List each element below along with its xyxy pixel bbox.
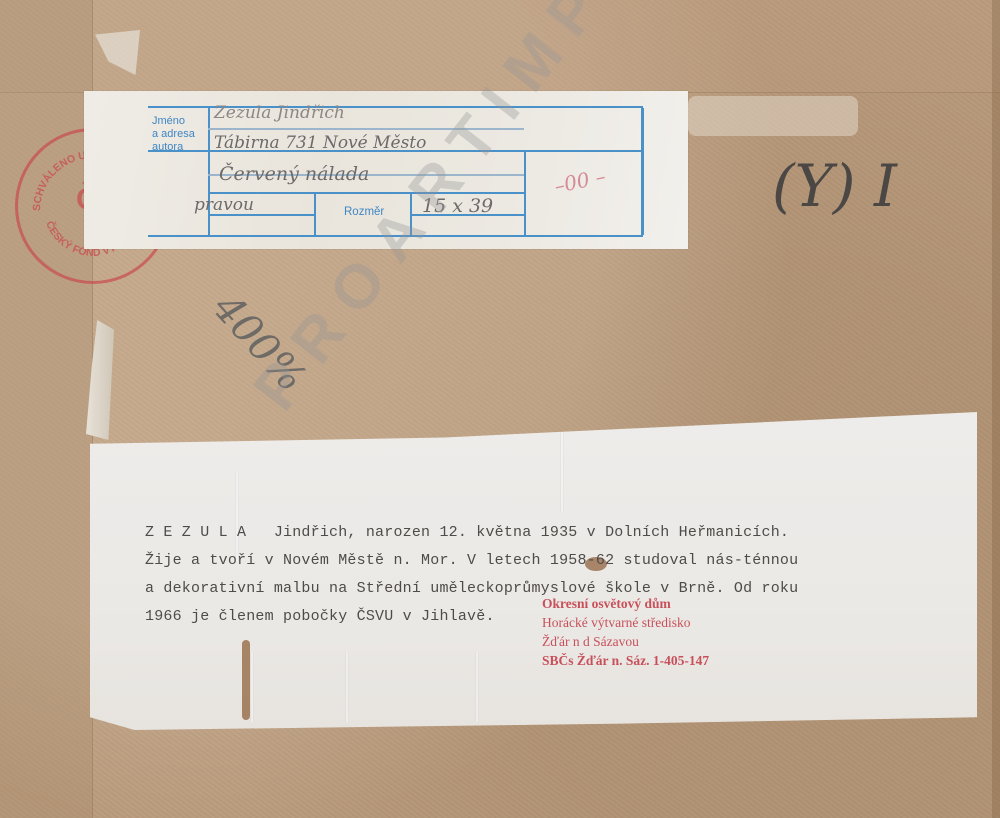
stamp-line: SBČs Žďár n. Sáz. 1-405-147 <box>542 651 709 670</box>
stamp-line: Okresní osvětový dům <box>542 594 709 613</box>
stamp-line: Horácké výtvarné středisko <box>542 613 709 632</box>
handwritten-technique: pravou <box>194 195 254 215</box>
board-left-strip <box>0 0 93 818</box>
board-right-edge <box>992 0 1000 818</box>
handwritten-name: Zezula Jindřich <box>214 103 345 123</box>
handwritten-title: Červený nálada <box>219 163 369 185</box>
label-and-address: a adresa <box>152 128 195 141</box>
institution-stamp: Okresní osvětový dům Horácké výtvarné st… <box>542 594 709 670</box>
stain <box>242 640 250 720</box>
stamp-line: Žďár n d Sázavou <box>542 632 709 651</box>
typed-line: Z E Z U L A Jindřich, narozen 12. května… <box>145 519 798 547</box>
typed-line: Žije a tvoří v Novém Městě n. Mor. V let… <box>145 547 798 575</box>
label-name: Jméno <box>152 115 185 128</box>
handwritten-address: Tábirna 731 Nové Město <box>214 133 426 153</box>
label-author: autora <box>152 141 183 154</box>
torn-paper-remnant <box>688 96 858 136</box>
pencil-note-top-right: (Y) I <box>772 152 897 220</box>
